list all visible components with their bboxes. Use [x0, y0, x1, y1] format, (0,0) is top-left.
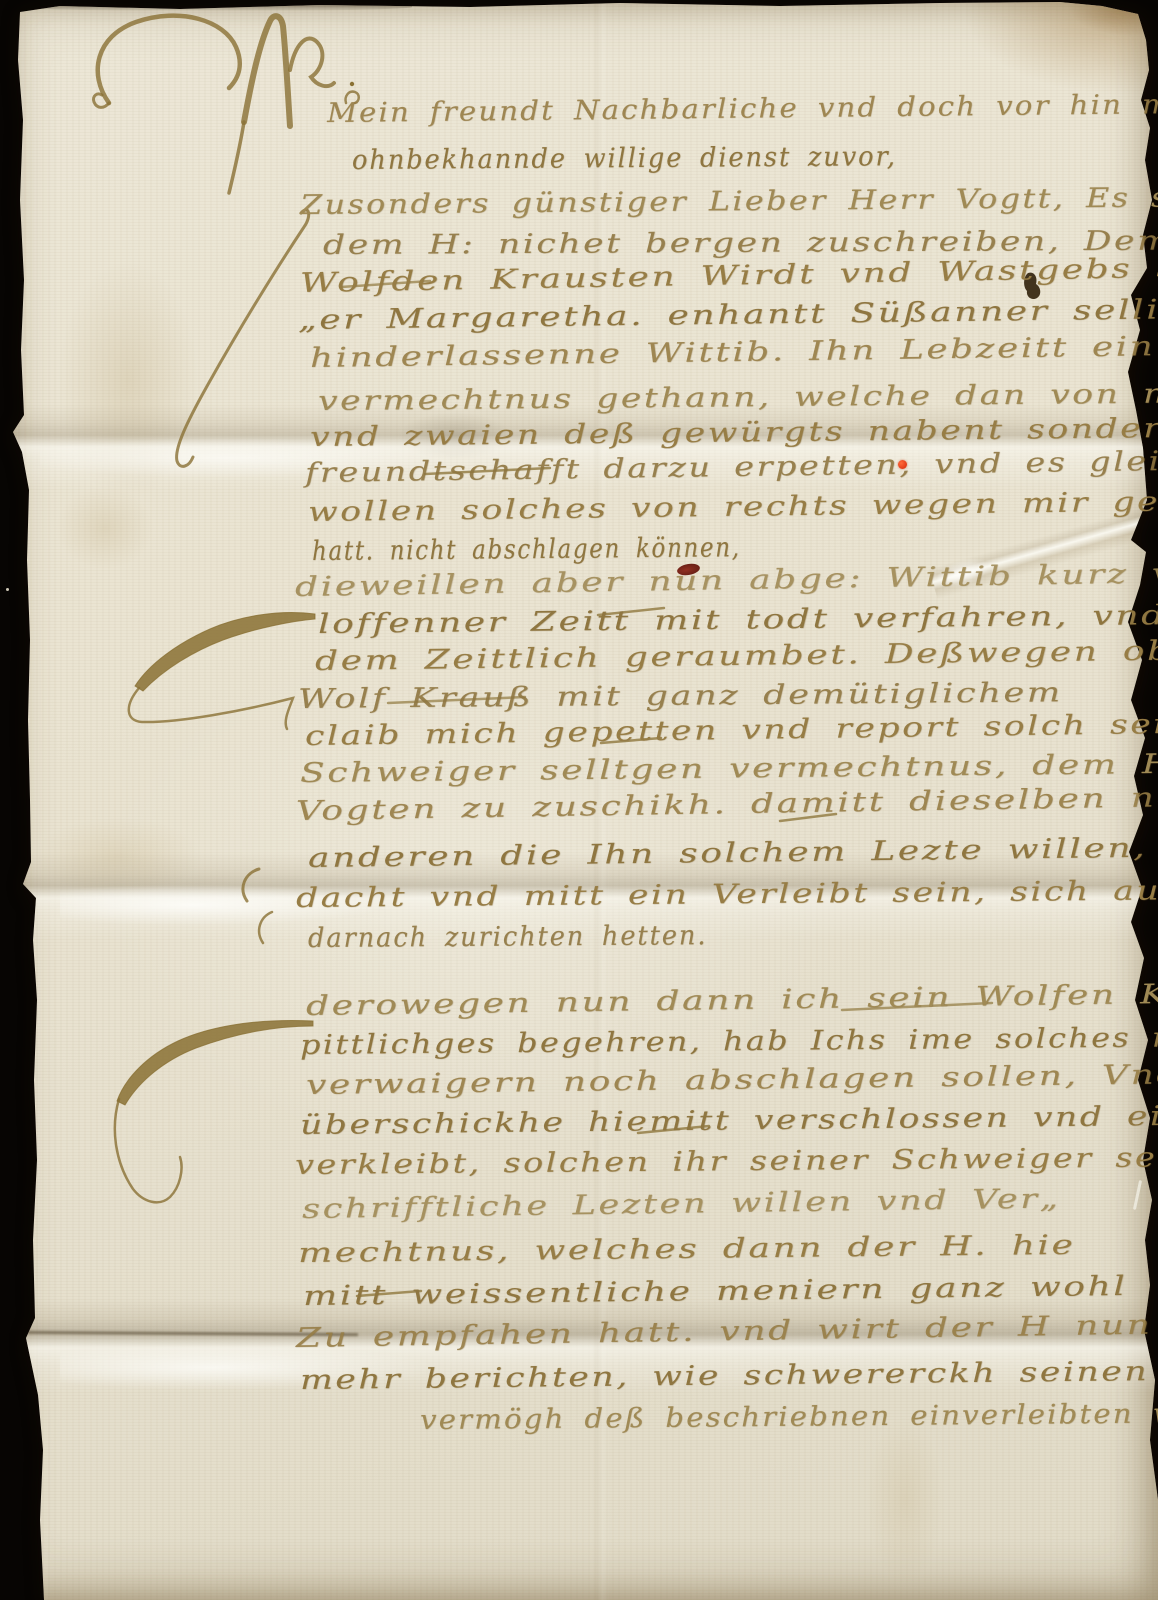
scanned-letter: Mein freundt Nachbarliche vnd doch vor h…	[0, 0, 1158, 1600]
manuscript-line: mechtnus, welches dann der H. hie	[298, 1232, 1076, 1267]
red-wax-speck	[898, 460, 907, 469]
dust-speck	[6, 588, 9, 591]
manuscript-line: hatt. nicht abschlagen können,	[312, 534, 741, 565]
manuscript-line: darnach zurichten hetten.	[308, 922, 708, 952]
manuscript-line: pittlichges begehren, hab Ichs ime solch…	[300, 1024, 1158, 1059]
manuscript-line: vermechtnus gethann, welche dan von mir	[318, 380, 1158, 415]
manuscript-line: vermögh deß beschriebnen einverleibten w…	[420, 1400, 1158, 1434]
manuscript-line: ohnbekhannde willige dienst zuvor,	[352, 143, 897, 174]
paper-fiber	[1133, 1180, 1142, 1210]
manuscript-line: Zusonders günstiger Lieber Herr Vogtt, E…	[300, 184, 1158, 219]
manuscript-line: verkleibt, solchen ihr seiner Schweiger …	[295, 1144, 1158, 1179]
manuscript-line: Mein freundt Nachbarliche vnd doch vor h…	[327, 91, 1158, 127]
manuscript-line: Wolf Krauß mit ganz demütiglichem	[298, 679, 1063, 713]
paper-top-edge	[22, 3, 412, 11]
manuscript-line: dacht vnd mitt ein Verleibt sein, sich a…	[296, 877, 1158, 912]
